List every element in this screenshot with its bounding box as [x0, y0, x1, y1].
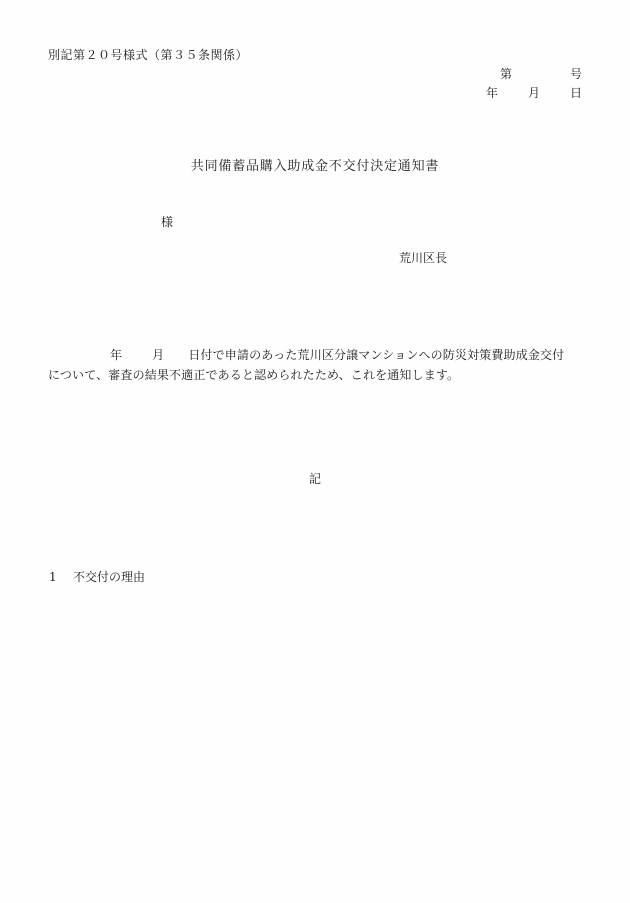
body-line-2: について、審査の結果不適正であると認められたため、これを通知します。 — [48, 365, 588, 385]
date-month: 月 — [528, 87, 540, 99]
section-number: 1 — [49, 571, 73, 583]
number-suffix: 号 — [570, 68, 582, 80]
section-item: 1不交付の理由 — [49, 571, 145, 583]
sender-name: 荒川区長 — [399, 252, 447, 264]
document-page: 別記第２０号様式（第３５条関係） 第 号 年 月 日 共同備蓄品購入助成金不交付… — [0, 0, 630, 903]
body-month-label: 月 — [152, 348, 164, 362]
ki-heading: 記 — [0, 473, 630, 485]
addressee-honorific: 様 — [161, 216, 173, 228]
body-year-label: 年 — [110, 348, 122, 362]
document-date-line: 年 月 日 — [486, 87, 582, 99]
date-day: 日 — [570, 87, 582, 99]
body-line-1: 年月日付で申請のあった荒川区分譲マンションへの防災対策費助成金交付 — [48, 345, 588, 365]
section-label: 不交付の理由 — [73, 570, 145, 584]
form-label: 別記第２０号様式（第３５条関係） — [48, 49, 248, 61]
body-line-1-text: 日付で申請のあった荒川区分譲マンションへの防災対策費助成金交付 — [188, 348, 564, 362]
date-year: 年 — [486, 87, 498, 99]
document-number-line: 第 号 — [500, 68, 582, 80]
body-paragraph: 年月日付で申請のあった荒川区分譲マンションへの防災対策費助成金交付 について、審… — [48, 345, 588, 385]
document-title: 共同備蓄品購入助成金不交付決定通知書 — [0, 160, 630, 173]
number-prefix: 第 — [500, 68, 512, 80]
